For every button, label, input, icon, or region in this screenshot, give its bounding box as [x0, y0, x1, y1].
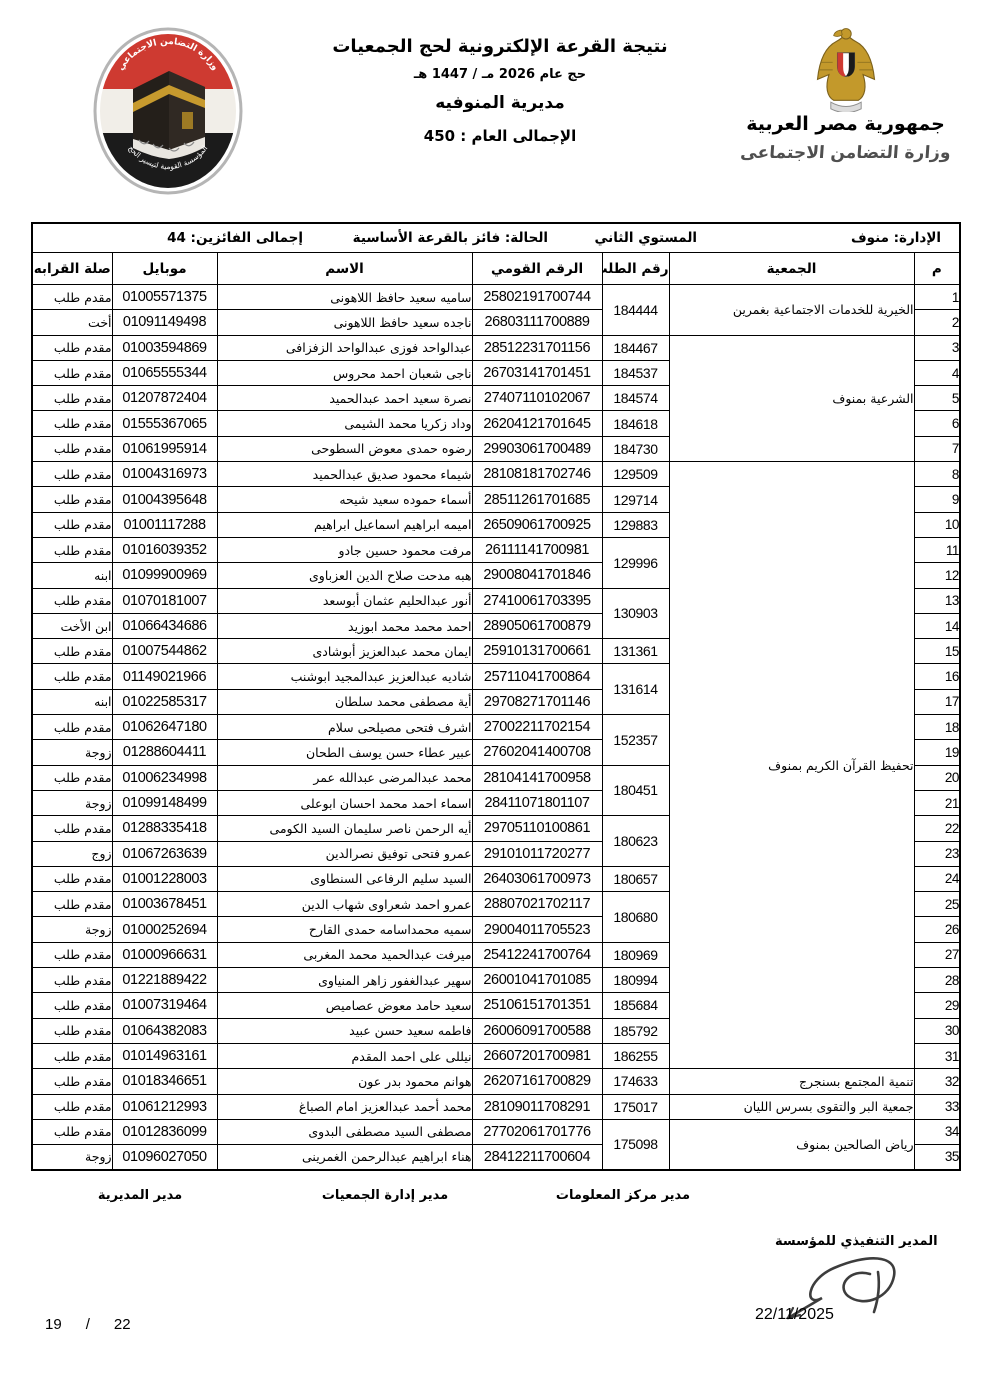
request-number-cell: 185792	[602, 1018, 669, 1043]
name-cell: ناجده سعيد حافظ اللاهونى	[217, 310, 472, 335]
mobile-cell: 01022585317	[112, 689, 217, 714]
relation-cell: مقدم طلب	[32, 588, 112, 613]
association-cell: الخيرية للخدمات الاجتماعية بغمرين	[669, 285, 914, 336]
row-number-cell: 8	[914, 462, 960, 487]
row-number-cell: 30	[914, 1018, 960, 1043]
name-cell: شيماء محمود صديق عبدالحميد	[217, 462, 472, 487]
relation-cell: مقدم طلب	[32, 285, 112, 310]
name-cell: سعيد حامد معوض عصاميص	[217, 993, 472, 1018]
row-number-cell: 25	[914, 892, 960, 917]
request-number-cell: 186255	[602, 1043, 669, 1068]
request-number-cell: 152357	[602, 715, 669, 766]
table-row: 34رياض الصالحين بمنوف1750982770206170177…	[32, 1119, 960, 1144]
relation-cell: مقدم طلب	[32, 715, 112, 740]
national-id-cell: 26403061700973	[472, 866, 602, 891]
mobile-cell: 01003678451	[112, 892, 217, 917]
row-number-cell: 5	[914, 386, 960, 411]
national-id-cell: 29004011705523	[472, 917, 602, 942]
table-row: 1الخيرية للخدمات الاجتماعية بغمرين184444…	[32, 285, 960, 310]
request-number-cell: 184574	[602, 386, 669, 411]
row-number-cell: 35	[914, 1145, 960, 1170]
name-cell: احمد محمد محمد ابوزيد	[217, 613, 472, 638]
col-header-national-id: الرقم القومي	[472, 253, 602, 285]
row-number-cell: 34	[914, 1119, 960, 1144]
page-total: 22	[114, 1316, 131, 1333]
page-number: 19	[45, 1316, 62, 1333]
status-label: الحالة: فائز بالقرعة الأساسية	[353, 230, 548, 246]
row-number-cell: 1	[914, 285, 960, 310]
table-row: 32تنمية المجتمع بسنجرج174633262071617008…	[32, 1069, 960, 1094]
directorate-line: مديرية المنوفيه	[285, 93, 715, 113]
mobile-cell: 01012836099	[112, 1119, 217, 1144]
mobile-cell: 01001228003	[112, 866, 217, 891]
kaaba-seal-emblem: وزارة التضامن الاجتماعي المؤسسة القومية …	[92, 26, 244, 200]
request-number-cell: 180680	[602, 892, 669, 943]
mobile-cell: 01096027050	[112, 1145, 217, 1170]
row-number-cell: 28	[914, 968, 960, 993]
relation-cell: مقدم طلب	[32, 993, 112, 1018]
row-number-cell: 22	[914, 816, 960, 841]
relation-cell: مقدم طلب	[32, 1094, 112, 1119]
row-number-cell: 27	[914, 942, 960, 967]
national-id-cell: 26703141701451	[472, 360, 602, 385]
results-table-body: 1الخيرية للخدمات الاجتماعية بغمرين184444…	[32, 285, 960, 1170]
mobile-cell: 01001117288	[112, 512, 217, 537]
national-id-cell: 25412241700764	[472, 942, 602, 967]
row-number-cell: 15	[914, 639, 960, 664]
mobile-cell: 01000252694	[112, 917, 217, 942]
document-title: نتيجة القرعة الإلكترونية لحج الجمعيات	[285, 36, 715, 57]
request-number-cell: 175017	[602, 1094, 669, 1119]
relation-cell: مقدم طلب	[32, 335, 112, 360]
relation-cell: مقدم طلب	[32, 1018, 112, 1043]
name-cell: أسماء حموده سعيد شيحه	[217, 487, 472, 512]
relation-cell: مقدم طلب	[32, 968, 112, 993]
mobile-cell: 01004395648	[112, 487, 217, 512]
level-label: المستوي الثاني	[594, 230, 697, 246]
relation-cell: مقدم طلب	[32, 487, 112, 512]
kaaba-seal-icon: وزارة التضامن الاجتماعي المؤسسة القومية …	[92, 26, 244, 196]
request-number-cell: 131361	[602, 639, 669, 664]
relation-cell: مقدم طلب	[32, 1119, 112, 1144]
egypt-eagle-icon	[808, 24, 884, 112]
relation-cell: مقدم طلب	[32, 942, 112, 967]
name-cell: مصطفى السيد مصطفى البدوى	[217, 1119, 472, 1144]
relation-cell: مقدم طلب	[32, 1069, 112, 1094]
name-cell: هوانم محمود بدر عون	[217, 1069, 472, 1094]
row-number-cell: 20	[914, 765, 960, 790]
row-number-cell: 12	[914, 563, 960, 588]
national-id-cell: 29903061700489	[472, 436, 602, 461]
request-number-cell: 180969	[602, 942, 669, 967]
name-cell: عمرو فتحى توفيق نصرالدين	[217, 841, 472, 866]
row-number-cell: 14	[914, 613, 960, 638]
name-cell: أية مصطفى محمد سلطان	[217, 689, 472, 714]
relation-cell: أخت	[32, 310, 112, 335]
row-number-cell: 23	[914, 841, 960, 866]
table-row: 3الشرعية بمنوف18446728512231701156عبدالو…	[32, 335, 960, 360]
relation-cell: مقدم طلب	[32, 664, 112, 689]
national-id-cell: 29101011720277	[472, 841, 602, 866]
relation-cell: مقدم طلب	[32, 411, 112, 436]
table-header-row: م الجمعية رقم الطلب الرقم القومي الاسم م…	[32, 253, 960, 285]
national-id-cell: 25910131700661	[472, 639, 602, 664]
page-indicator: 19 / 22	[45, 1316, 131, 1333]
row-number-cell: 18	[914, 715, 960, 740]
national-id-cell: 27002211702154	[472, 715, 602, 740]
request-number-cell: 131614	[602, 664, 669, 715]
name-cell: اسماء احمد محمد احسان ابوعلى	[217, 790, 472, 815]
page-separator: /	[86, 1316, 90, 1333]
national-id-cell: 28512231701156	[472, 335, 602, 360]
row-number-cell: 11	[914, 537, 960, 562]
row-number-cell: 10	[914, 512, 960, 537]
relation-cell: ابنه	[32, 563, 112, 588]
signature-title-directorate: مدير المديرية	[80, 1188, 200, 1203]
col-header-name: الاسم	[217, 253, 472, 285]
relation-cell: ابنه	[32, 689, 112, 714]
relation-cell: زوج	[32, 841, 112, 866]
association-cell: تنمية المجتمع بسنجرج	[669, 1069, 914, 1094]
mobile-cell: 01221889422	[112, 968, 217, 993]
association-cell: جمعية البر والتقوى بسرس الليان	[669, 1094, 914, 1119]
national-id-cell: 27702061701776	[472, 1119, 602, 1144]
name-cell: ساميه سعيد حافظ اللاهونى	[217, 285, 472, 310]
national-id-cell: 28412211700604	[472, 1145, 602, 1170]
col-header-seq: م	[914, 253, 960, 285]
mobile-cell: 01149021966	[112, 664, 217, 689]
request-number-cell: 184618	[602, 411, 669, 436]
mobile-cell: 01007319464	[112, 993, 217, 1018]
name-cell: عبير عطاء حسن يوسف الطحان	[217, 740, 472, 765]
national-id-cell: 25802191700744	[472, 285, 602, 310]
relation-cell: مقدم طلب	[32, 462, 112, 487]
row-number-cell: 21	[914, 790, 960, 815]
name-cell: فاطمه سعيد حسن عبيد	[217, 1018, 472, 1043]
mobile-cell: 01005571375	[112, 285, 217, 310]
mobile-cell: 01555367065	[112, 411, 217, 436]
mobile-cell: 01004316973	[112, 462, 217, 487]
mobile-cell: 01061995914	[112, 436, 217, 461]
relation-cell: زوجة	[32, 740, 112, 765]
name-cell: عمرو احمد شعراوى شهاب الدين	[217, 892, 472, 917]
col-header-request-number: رقم الطلب	[602, 253, 669, 285]
name-cell: محمد عبدالمرضى عبدالله عمر	[217, 765, 472, 790]
mobile-cell: 01000966631	[112, 942, 217, 967]
mobile-cell: 01014963161	[112, 1043, 217, 1068]
document-page: وزارة التضامن الاجتماعي المؤسسة القومية …	[0, 0, 990, 1400]
name-cell: سميه محمداسامه حمدى القارح	[217, 917, 472, 942]
col-header-association: الجمعية	[669, 253, 914, 285]
row-number-cell: 24	[914, 866, 960, 891]
relation-cell: مقدم طلب	[32, 765, 112, 790]
row-number-cell: 3	[914, 335, 960, 360]
relation-cell: مقدم طلب	[32, 1043, 112, 1068]
table-row: 8تحفيظ القرآن الكريم بمنوف12950928108181…	[32, 462, 960, 487]
relation-cell: مقدم طلب	[32, 436, 112, 461]
national-id-cell: 26111141700981	[472, 537, 602, 562]
national-id-cell: 29008041701846	[472, 563, 602, 588]
national-id-cell: 26207161700829	[472, 1069, 602, 1094]
row-number-cell: 13	[914, 588, 960, 613]
national-id-cell: 28104141700958	[472, 765, 602, 790]
mobile-cell: 01207872404	[112, 386, 217, 411]
name-cell: نيللى على احمد المقدم	[217, 1043, 472, 1068]
request-number-cell: 175098	[602, 1119, 669, 1170]
national-id-cell: 25711041700864	[472, 664, 602, 689]
signature-title-info-center: مدير مركز المعلومات	[548, 1188, 698, 1203]
hajj-year-line: حج عام 2026 مـ / 1447 هـ	[285, 67, 715, 82]
relation-cell: زوجة	[32, 917, 112, 942]
request-number-cell: 129714	[602, 487, 669, 512]
relation-cell: مقدم طلب	[32, 866, 112, 891]
row-number-cell: 9	[914, 487, 960, 512]
row-number-cell: 6	[914, 411, 960, 436]
mobile-cell: 01003594869	[112, 335, 217, 360]
row-number-cell: 7	[914, 436, 960, 461]
republic-emblem-block: جمهورية مصر العربية وزارة التضامن الاجتم…	[738, 24, 953, 163]
mobile-cell: 01007544862	[112, 639, 217, 664]
name-cell: شاديه عبدالعزيز عبدالمجيد ابوشنب	[217, 664, 472, 689]
national-id-cell: 28108181702746	[472, 462, 602, 487]
row-number-cell: 17	[914, 689, 960, 714]
request-number-cell: 184537	[602, 360, 669, 385]
mobile-cell: 01091149498	[112, 310, 217, 335]
relation-cell: مقدم طلب	[32, 816, 112, 841]
mobile-cell: 01288335418	[112, 816, 217, 841]
request-number-cell: 180451	[602, 765, 669, 816]
national-id-cell: 26204121701645	[472, 411, 602, 436]
relation-cell: مقدم طلب	[32, 386, 112, 411]
request-number-cell: 184444	[602, 285, 669, 336]
association-cell: رياض الصالحين بمنوف	[669, 1119, 914, 1170]
mobile-cell: 01070181007	[112, 588, 217, 613]
relation-cell: ابن الأخت	[32, 613, 112, 638]
row-number-cell: 16	[914, 664, 960, 689]
mobile-cell: 01066434686	[112, 613, 217, 638]
national-id-cell: 26509061700925	[472, 512, 602, 537]
mobile-cell: 01062647180	[112, 715, 217, 740]
request-number-cell: 184467	[602, 335, 669, 360]
name-cell: اميمه ابراهيم اسماعيل ابراهيم	[217, 512, 472, 537]
request-number-cell: 174633	[602, 1069, 669, 1094]
mobile-cell: 01018346651	[112, 1069, 217, 1094]
name-cell: اشرف فتحى مصيلحى سلام	[217, 715, 472, 740]
national-id-cell: 28807021702117	[472, 892, 602, 917]
request-number-cell: 129883	[602, 512, 669, 537]
row-number-cell: 26	[914, 917, 960, 942]
national-id-cell: 28511261701685	[472, 487, 602, 512]
request-number-cell: 130903	[602, 588, 669, 639]
total-winners-label: إجمالى الفائزين: 44	[167, 230, 303, 246]
mobile-cell: 01099900969	[112, 563, 217, 588]
mobile-cell: 01061212993	[112, 1094, 217, 1119]
relation-cell: مقدم طلب	[32, 639, 112, 664]
row-number-cell: 33	[914, 1094, 960, 1119]
association-cell: تحفيظ القرآن الكريم بمنوف	[669, 462, 914, 1069]
mobile-cell: 01064382083	[112, 1018, 217, 1043]
row-number-cell: 2	[914, 310, 960, 335]
row-number-cell: 19	[914, 740, 960, 765]
request-number-cell: 180623	[602, 816, 669, 867]
name-cell: هبه مدحت صلاح الدين العزباوى	[217, 563, 472, 588]
mobile-cell: 01288604411	[112, 740, 217, 765]
row-number-cell: 32	[914, 1069, 960, 1094]
info-bar: الإدارة: منوف المستوي الثاني الحالة: فائ…	[32, 223, 960, 253]
mobile-cell: 01099148499	[112, 790, 217, 815]
relation-cell: زوجة	[32, 1145, 112, 1170]
name-cell: سهير عبدالغفور زاهر المنياوى	[217, 968, 472, 993]
results-table: الإدارة: منوف المستوي الثاني الحالة: فائ…	[31, 222, 961, 1171]
relation-cell: مقدم طلب	[32, 360, 112, 385]
info-bar-row: الإدارة: منوف المستوي الثاني الحالة: فائ…	[32, 223, 960, 253]
national-id-cell: 26607201700981	[472, 1043, 602, 1068]
association-cell: الشرعية بمنوف	[669, 335, 914, 461]
national-id-cell: 26001041701085	[472, 968, 602, 993]
name-cell: ناجى شعبان احمد محروس	[217, 360, 472, 385]
national-id-cell: 27407110102067	[472, 386, 602, 411]
name-cell: هناء ابراهيم عبدالرحمن الغمرينى	[217, 1145, 472, 1170]
title-block: نتيجة القرعة الإلكترونية لحج الجمعيات حج…	[285, 36, 715, 145]
request-number-cell: 129996	[602, 537, 669, 588]
request-number-cell: 180994	[602, 968, 669, 993]
ministry-name: وزارة التضامن الاجتماعى	[737, 143, 953, 163]
national-id-cell: 26006091700588	[472, 1018, 602, 1043]
name-cell: وداد زكريا محمد الشيمى	[217, 411, 472, 436]
col-header-relation: صلة القرابه	[32, 253, 112, 285]
mobile-cell: 01006234998	[112, 765, 217, 790]
administration-label: الإدارة: منوف	[851, 230, 941, 246]
national-id-cell: 27602041400708	[472, 740, 602, 765]
results-table-wrap: الإدارة: منوف المستوي الثاني الحالة: فائ…	[31, 222, 961, 1171]
relation-cell: مقدم طلب	[32, 512, 112, 537]
request-number-cell: 129509	[602, 462, 669, 487]
national-id-cell: 29708271701146	[472, 689, 602, 714]
row-number-cell: 29	[914, 993, 960, 1018]
relation-cell: زوجة	[32, 790, 112, 815]
national-id-cell: 26803111700889	[472, 310, 602, 335]
relation-cell: مقدم طلب	[32, 537, 112, 562]
name-cell: نصرة سعيد احمد عبدالحميد	[217, 386, 472, 411]
name-cell: رضوه حمدى معوض السطوحى	[217, 436, 472, 461]
national-id-cell: 28905061700879	[472, 613, 602, 638]
row-number-cell: 31	[914, 1043, 960, 1068]
national-id-cell: 29705110100861	[472, 816, 602, 841]
name-cell: مرفت محمود حسين جادو	[217, 537, 472, 562]
name-cell: محمد أحمد عبدالعزيز امام الصباغ	[217, 1094, 472, 1119]
country-name: جمهورية مصر العربية	[738, 113, 953, 135]
signature-title-associations: مدير إدارة الجمعيات	[310, 1188, 460, 1203]
name-cell: أنور عبدالحليم عثمان أبوسعد	[217, 588, 472, 613]
name-cell: أيه الرحمن ناصر سليمان السيد الكومى	[217, 816, 472, 841]
name-cell: السيد سليم الرفاعى السنطاوى	[217, 866, 472, 891]
grand-total-line: الإجمالى العام : 450	[285, 127, 715, 145]
mobile-cell: 01067263639	[112, 841, 217, 866]
national-id-cell: 27410061703395	[472, 588, 602, 613]
name-cell: عبدالواحد فوزى عبدالواحد الزفزافى	[217, 335, 472, 360]
request-number-cell: 185684	[602, 993, 669, 1018]
mobile-cell: 01065555344	[112, 360, 217, 385]
col-header-mobile: موبايل	[112, 253, 217, 285]
national-id-cell: 25106151701351	[472, 993, 602, 1018]
national-id-cell: 28411071801107	[472, 790, 602, 815]
mobile-cell: 01016039352	[112, 537, 217, 562]
print-date: 22/11/2025	[755, 1306, 834, 1324]
request-number-cell: 184730	[602, 436, 669, 461]
name-cell: ميرفت عبدالحميد محمد المغربى	[217, 942, 472, 967]
national-id-cell: 28109011708291	[472, 1094, 602, 1119]
row-number-cell: 4	[914, 360, 960, 385]
request-number-cell: 180657	[602, 866, 669, 891]
relation-cell: مقدم طلب	[32, 892, 112, 917]
table-row: 33جمعية البر والتقوى بسرس الليان17501728…	[32, 1094, 960, 1119]
name-cell: ايمان محمد عبدالعزيز أبوشادى	[217, 639, 472, 664]
